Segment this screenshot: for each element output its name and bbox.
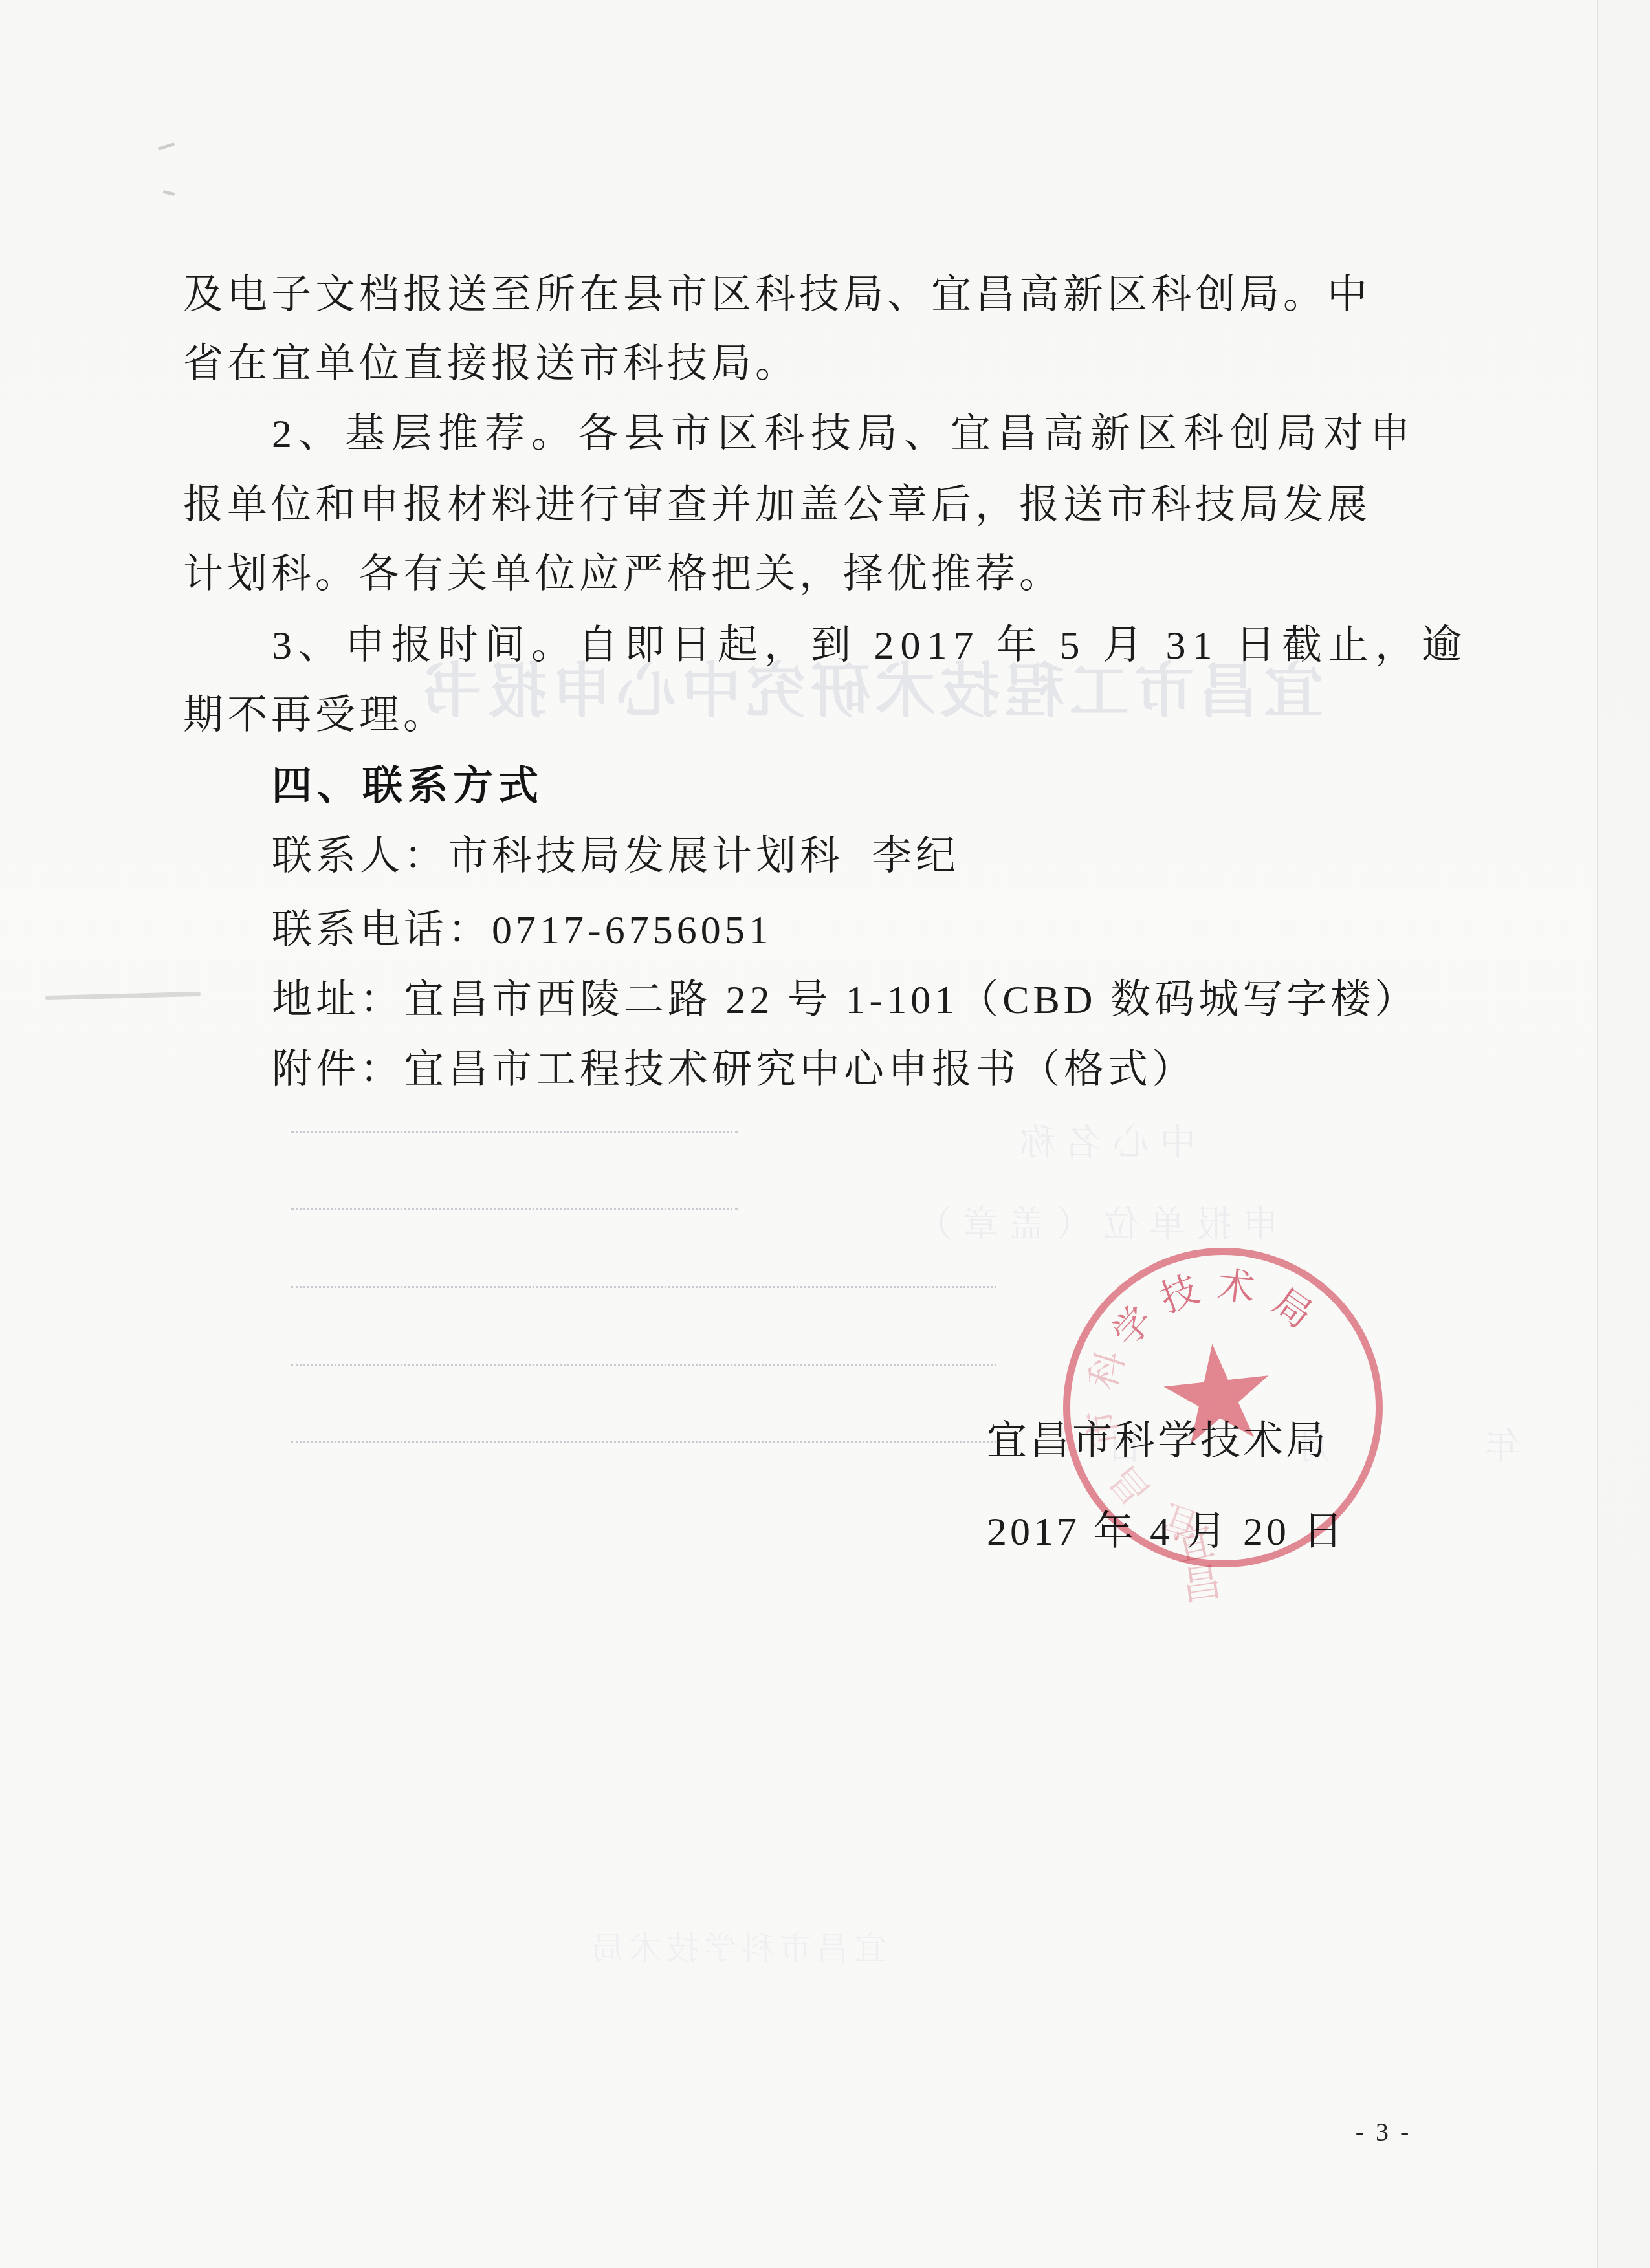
signature-agency: 宜昌市科学技术局 xyxy=(987,1421,1328,1462)
scanned-document-page: 宜昌市工程技术研究中心申报书 中心名称 申报单位（盖章） 年 月 日 宜昌市科学… xyxy=(0,0,1650,2268)
bleedthrough-dotted-line xyxy=(291,1286,996,1288)
seal-ring-char: 技 xyxy=(1151,1266,1208,1323)
seal-ring-char: 术 xyxy=(1211,1263,1260,1312)
seal-bottom-char: 昌 xyxy=(1177,1549,1225,1612)
bleedthrough-dotted-line xyxy=(291,1364,996,1366)
signature-date: 2017 年 4 月 20 日 xyxy=(987,1511,1347,1553)
pencil-mark xyxy=(158,142,175,151)
attachment-line: 附件：宜昌市工程技术研究中心申报书（格式） xyxy=(272,1049,1196,1091)
seal-ring-char: 学 xyxy=(1102,1296,1164,1358)
page-number: - 3 - xyxy=(1345,2117,1422,2147)
smudge-mark xyxy=(45,992,201,1000)
scanner-edge-strip xyxy=(1598,0,1650,2268)
body-text-line: 及电子文档报送至所在县市区科技局、宜昌高新区科创局。中 xyxy=(183,274,1371,316)
bleedthrough-dotted-line xyxy=(291,1131,738,1133)
body-text-line: 报单位和申报材料进行审查并加盖公章后，报送市科技局发展 xyxy=(183,485,1371,526)
bleedthrough-fragment: 中心名称 xyxy=(1009,1114,1196,1166)
contact-person-line: 联系人：市科技局发展计划科 李纪 xyxy=(272,836,960,877)
bleedthrough-bottom-text: 宜昌市科学技术局 xyxy=(602,1923,886,1969)
bleedthrough-dotted-line xyxy=(291,1208,738,1210)
seal-ring-char: 科 xyxy=(1080,1342,1136,1398)
contact-phone-line: 联系电话：0717-6756051 xyxy=(272,910,773,951)
address-line: 地址：宜昌市西陵二路 22 号 1-101（CBD 数码城写字楼） xyxy=(272,979,1418,1021)
body-text-line: 3、申报时间。自即日起，到 2017 年 5 月 31 日截止，逾 xyxy=(272,625,1468,666)
bleedthrough-dotted-line xyxy=(291,1441,996,1443)
bleedthrough-fragment: 申报单位（盖章） xyxy=(906,1195,1279,1247)
body-text-line: 省在宜单位直接报送市科技局。 xyxy=(183,343,799,385)
seal-ring-char: 局 xyxy=(1262,1278,1323,1339)
body-text-line: 计划科。各有关单位应严格把关，择优推荐。 xyxy=(183,554,1063,595)
pencil-mark xyxy=(163,190,175,196)
section-heading: 四、联系方式 xyxy=(272,766,544,807)
body-text-line: 2、基层推荐。各县市区科技局、宜昌高新区科创局对申 xyxy=(272,413,1416,455)
body-text-line: 期不再受理。 xyxy=(183,695,447,736)
